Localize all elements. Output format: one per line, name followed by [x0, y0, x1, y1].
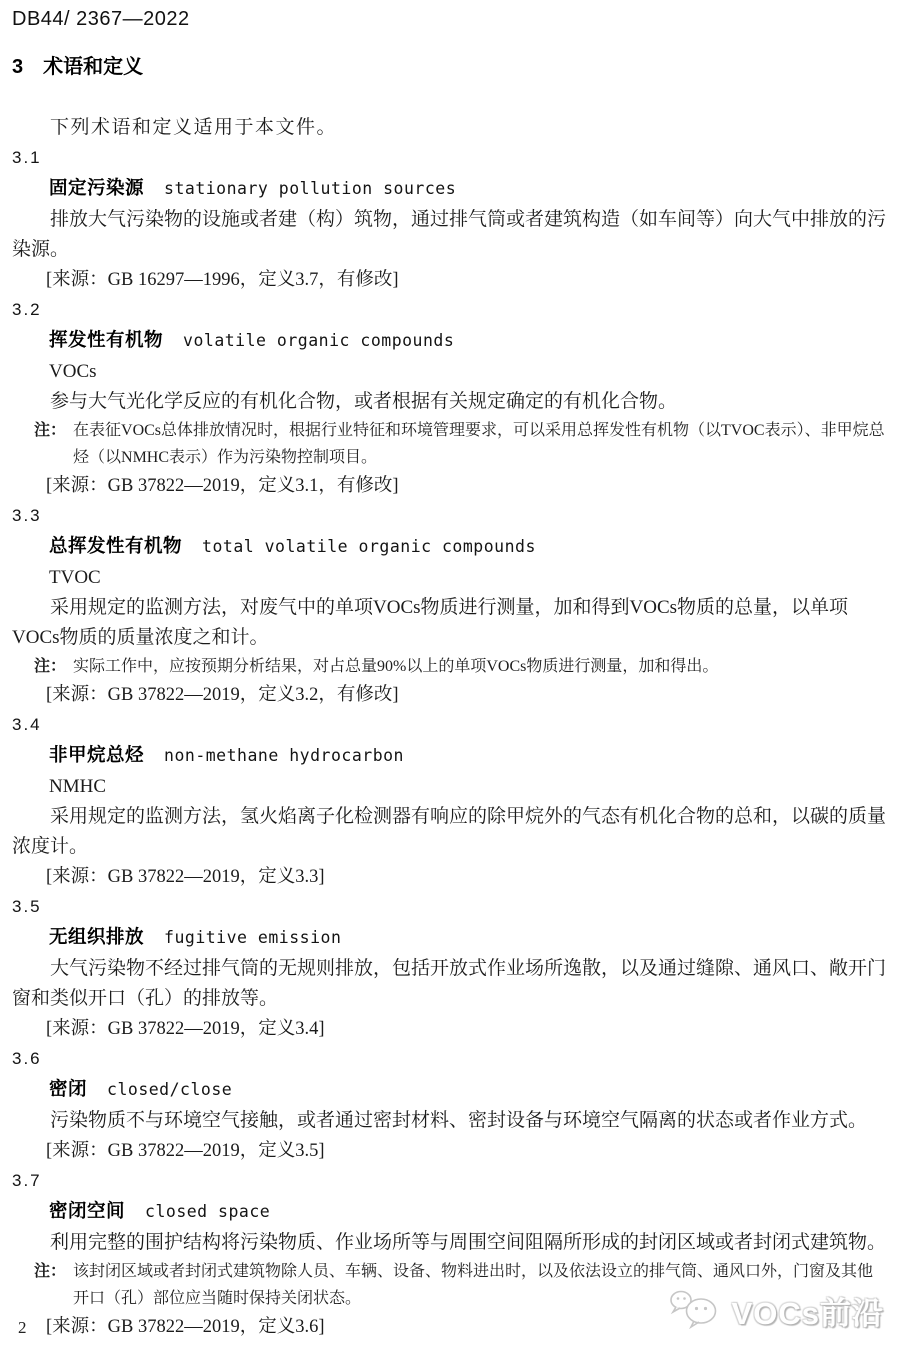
note-label: 注：: [34, 653, 66, 680]
term-source: [来源：GB 37822—2019，定义3.5]: [12, 1136, 888, 1166]
term-en: stationary pollution sources: [164, 179, 456, 198]
term-source: [来源：GB 37822—2019，定义3.3]: [12, 862, 888, 892]
term-source: [来源：GB 37822—2019，定义3.4]: [12, 1014, 888, 1044]
term-section-3-1: 3.1 固定污染源stationary pollution sources 排放…: [12, 143, 888, 295]
term-zh: 非甲烷总烃: [49, 744, 144, 765]
term-title: 密闭closed/close: [12, 1074, 888, 1106]
term-title: 挥发性有机物volatile organic compounds: [12, 325, 888, 357]
note-label: 注：: [34, 417, 66, 444]
term-source: [来源：GB 37822—2019，定义3.2，有修改]: [12, 680, 888, 710]
term-definition: 排放大气污染物的设施或者建（构）筑物，通过排气筒或者建筑构造（如车间等）向大气中…: [12, 205, 888, 265]
term-number: 3.3: [12, 501, 888, 531]
term-definition: 参与大气光化学反应的有机化合物，或者根据有关规定确定的有机化合物。: [12, 387, 888, 417]
term-title: 总挥发性有机物total volatile organic compounds: [12, 531, 888, 563]
term-en: non-methane hydrocarbon: [164, 746, 404, 765]
term-definition: 采用规定的监测方法，对废气中的单项VOCs物质进行测量，加和得到VOCs物质的总…: [12, 593, 888, 653]
term-section-3-3: 3.3 总挥发性有机物total volatile organic compou…: [12, 501, 888, 710]
term-zh: 固定污染源: [49, 177, 144, 198]
term-number: 3.7: [12, 1166, 888, 1196]
note-text: 在表征VOCs总体排放情况时，根据行业特征和环境管理要求，可以采用总挥发性有机物…: [73, 417, 888, 471]
term-definition: 污染物质不与环境空气接触，或者通过密封材料、密封设备与环境空气隔离的状态或者作业…: [12, 1106, 888, 1136]
chapter-number: 3: [12, 56, 23, 78]
term-en: closed space: [145, 1202, 270, 1221]
term-en: total volatile organic compounds: [202, 537, 536, 556]
term-definition: 利用完整的围护结构将污染物质、作业场所等与周围空间阻隔所形成的封闭区域或者封闭式…: [12, 1228, 888, 1258]
note-text: 实际工作中，应按预期分析结果，对占总量90%以上的单项VOCs物质进行测量，加和…: [73, 653, 888, 680]
term-number: 3.4: [12, 710, 888, 740]
term-number: 3.6: [12, 1044, 888, 1074]
term-section-3-4: 3.4 非甲烷总烃non-methane hydrocarbon NMHC 采用…: [12, 710, 888, 892]
term-number: 3.1: [12, 143, 888, 173]
watermark-text: VOCs前沿: [732, 1288, 884, 1333]
term-section-3-5: 3.5 无组织排放fugitive emission 大气污染物不经过排气筒的无…: [12, 892, 888, 1044]
term-zh: 无组织排放: [49, 926, 144, 947]
term-abbr: NMHC: [12, 772, 888, 802]
term-section-3-2: 3.2 挥发性有机物volatile organic compounds VOC…: [12, 295, 888, 501]
term-zh: 挥发性有机物: [49, 329, 163, 350]
term-title: 非甲烷总烃non-methane hydrocarbon: [12, 740, 888, 772]
term-source: [来源：GB 37822—2019，定义3.1，有修改]: [12, 471, 888, 501]
term-zh: 密闭: [49, 1078, 87, 1099]
intro-sentence: 下列术语和定义适用于本文件。: [12, 113, 888, 143]
term-note: 注： 在表征VOCs总体排放情况时，根据行业特征和环境管理要求，可以采用总挥发性…: [12, 417, 888, 471]
term-en: fugitive emission: [164, 928, 341, 947]
term-en: closed/close: [107, 1080, 232, 1099]
term-number: 3.5: [12, 892, 888, 922]
term-title: 无组织排放fugitive emission: [12, 922, 888, 954]
chapter-title: 术语和定义: [43, 56, 143, 78]
chapter-heading: 3术语和定义: [12, 53, 888, 81]
term-section-3-6: 3.6 密闭closed/close 污染物质不与环境空气接触，或者通过密封材料…: [12, 1044, 888, 1166]
doc-number: DB44/ 2367—2022: [12, 6, 888, 32]
term-definition: 采用规定的监测方法，氢火焰离子化检测器有响应的除甲烷外的气态有机化合物的总和，以…: [12, 802, 888, 862]
term-definition: 大气污染物不经过排气筒的无规则排放，包括开放式作业场所逸散，以及通过缝隙、通风口…: [12, 954, 888, 1014]
wechat-bubbles-icon: [668, 1287, 722, 1334]
watermark: VOCs前沿: [668, 1287, 884, 1334]
term-abbr: TVOC: [12, 563, 888, 593]
term-note: 注： 实际工作中，应按预期分析结果，对占总量90%以上的单项VOCs物质进行测量…: [12, 653, 888, 680]
term-title: 密闭空间closed space: [12, 1196, 888, 1228]
term-zh: 总挥发性有机物: [49, 535, 182, 556]
page-number: 2: [18, 1318, 27, 1338]
term-number: 3.2: [12, 295, 888, 325]
document-page: DB44/ 2367—2022 3术语和定义 下列术语和定义适用于本文件。 3.…: [0, 0, 900, 1342]
term-source: [来源：GB 16297—1996，定义3.7，有修改]: [12, 265, 888, 295]
note-label: 注：: [34, 1258, 66, 1285]
term-abbr: VOCs: [12, 357, 888, 387]
term-zh: 密闭空间: [49, 1200, 125, 1221]
term-en: volatile organic compounds: [183, 331, 454, 350]
term-title: 固定污染源stationary pollution sources: [12, 173, 888, 205]
